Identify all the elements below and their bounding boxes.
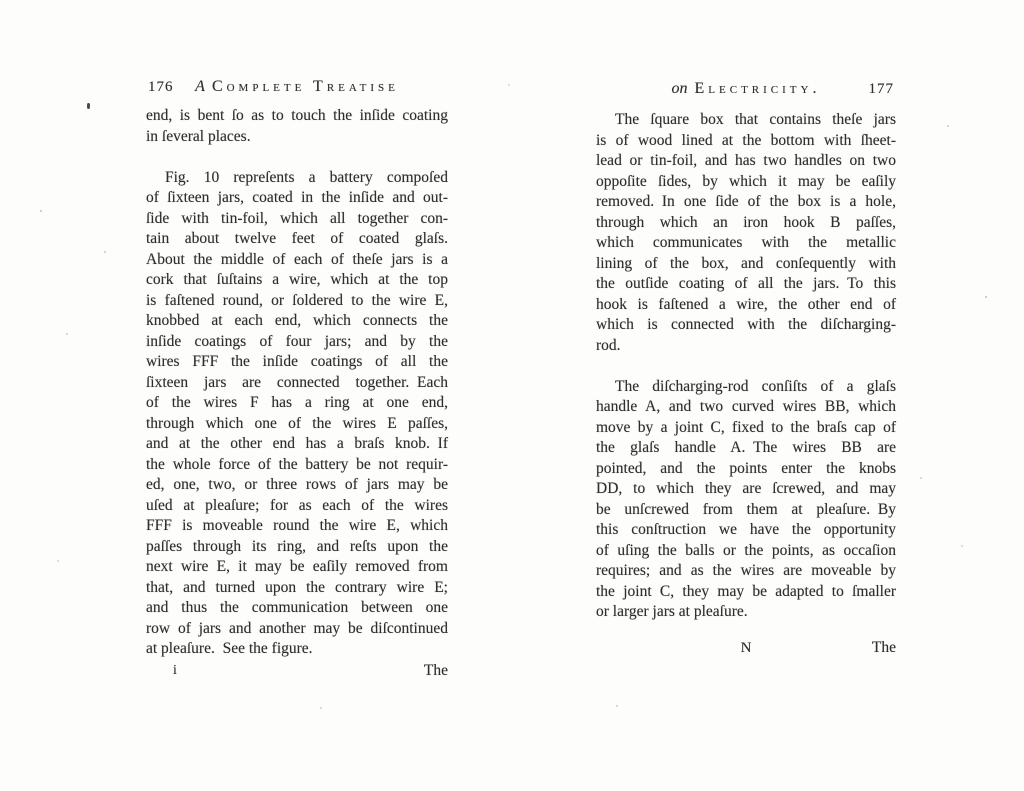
text-line: inſide coatings of four jars; and by the xyxy=(146,332,448,353)
text-line: handle A, and two curved wires BB, which xyxy=(596,397,896,418)
scan-speck xyxy=(947,125,949,127)
text-line: in ſeveral places. xyxy=(146,127,448,148)
text-line: row of jars and another may be diſcontin… xyxy=(146,619,448,640)
running-title-caps: Electricity. xyxy=(695,80,821,97)
text-line: oppoſite ſides, by which it may be eaſil… xyxy=(596,172,896,193)
scan-speck xyxy=(616,705,618,707)
text-line: FFF is moveable round the wire E, which xyxy=(146,516,448,537)
text-line: the outſide coating of all the jars. To … xyxy=(596,274,896,295)
scan-speck xyxy=(57,560,59,562)
text-line: the glaſs handle A. The wires BB are xyxy=(596,438,896,459)
scan-speck xyxy=(920,477,922,479)
text-line: the joint C, they may be adapted to ſmal… xyxy=(596,582,896,603)
paragraph: Fig. 10 repreſents a battery compoſedof … xyxy=(146,168,448,660)
text-line: end, is bent ſo as to touch the inſide c… xyxy=(146,106,448,127)
text-line: the whole force of the battery be not re… xyxy=(146,455,448,476)
page-footer-left: i The xyxy=(146,661,448,682)
page-number: 177 xyxy=(869,78,895,100)
scan-speck xyxy=(40,210,42,212)
text-line: of ſixteen jars, coated in the inſide an… xyxy=(146,188,448,209)
scan-speck xyxy=(104,251,106,253)
scan-page-right: onElectricity. 177 The ſquare box that c… xyxy=(596,78,896,659)
text-block: The ſquare box that contains theſe jarsi… xyxy=(596,110,896,623)
text-line: be unſcrewed from them at pleaſure. By xyxy=(596,500,896,521)
text-line: or larger jars at pleaſure. xyxy=(596,602,896,623)
page-header-right: onElectricity. 177 xyxy=(596,78,896,102)
text-line: ſixteen jars are connected together. Eac… xyxy=(146,373,448,394)
paragraph: end, is bent ſo as to touch the inſide c… xyxy=(146,106,448,147)
text-block: end, is bent ſo as to touch the inſide c… xyxy=(146,106,448,660)
text-line: that, and turned upon the contrary wire … xyxy=(146,578,448,599)
text-line: hook is faſtened a wire, the other end o… xyxy=(596,295,896,316)
running-title-italic-word: on xyxy=(672,80,688,97)
text-line: DD, to which they are ſcrewed, and may xyxy=(596,479,896,500)
text-line: ſide with tin-foil, which all together c… xyxy=(146,209,448,230)
text-line: of the wires F has a ring at one end, xyxy=(146,393,448,414)
scan-speck xyxy=(66,333,68,335)
text-line: The ſquare box that contains theſe jars xyxy=(596,110,896,131)
scan-speck xyxy=(961,545,963,547)
text-line: and thus the communication between one xyxy=(146,598,448,619)
text-line: pointed, and the points enter the knobs xyxy=(596,459,896,480)
catchword: The xyxy=(424,661,448,681)
text-line: removed. In one ſide of the box is a hol… xyxy=(596,192,896,213)
text-line: lead or tin-foil, and has two handles on… xyxy=(596,151,896,172)
scan-speck xyxy=(320,707,322,709)
running-title: AComplete Treatise xyxy=(146,76,448,98)
text-line: ed, one, two, or three rows of jars may … xyxy=(146,475,448,496)
text-line: The diſcharging-rod conſiſts of a glaſs xyxy=(596,377,896,398)
running-title-caps: Complete Treatise xyxy=(212,78,399,95)
scan-speck xyxy=(985,296,987,298)
catchword: The xyxy=(872,638,896,658)
book-scan: { "document": { "background_color": "#fd… xyxy=(0,0,1024,791)
text-line: of uſing the balls or the points, as occ… xyxy=(596,541,896,562)
paragraph: The diſcharging-rod conſiſts of a glaſsh… xyxy=(596,377,896,623)
text-line: which communicates with the metallic xyxy=(596,233,896,254)
text-line: requires; and as the wires are moveable … xyxy=(596,561,896,582)
text-line: About the middle of each of theſe jars i… xyxy=(146,250,448,271)
page-footer-right: N The xyxy=(596,638,896,659)
text-line: through which one of the wires E paſſes, xyxy=(146,414,448,435)
text-line: cork that ſuſtains a wire, which at the … xyxy=(146,270,448,291)
text-line: at pleaſure. See the figure. xyxy=(146,639,448,660)
text-line: rod. xyxy=(596,336,896,357)
scan-page-left: 176 AComplete Treatise end, is bent ſo a… xyxy=(146,76,448,682)
text-line: tain about twelve feet of coated glaſs. xyxy=(146,229,448,250)
text-line: which is connected with the diſcharging- xyxy=(596,315,896,336)
page-header-left: 176 AComplete Treatise xyxy=(146,76,448,100)
text-line: Fig. 10 repreſents a battery compoſed xyxy=(146,168,448,189)
text-line: is faſtened round, or ſoldered to the wi… xyxy=(146,291,448,312)
signature-mark: N xyxy=(741,638,752,658)
running-title-italic-word: A xyxy=(195,78,205,95)
text-line: wires FFF the inſide coatings of all the xyxy=(146,352,448,373)
scan-speck xyxy=(508,84,510,86)
text-line: and at the other end has a braſs knob. I… xyxy=(146,434,448,455)
text-line: through which an iron hook B paſſes, xyxy=(596,213,896,234)
text-line: paſſes through its ring, and reſts upon … xyxy=(146,537,448,558)
text-line: lining of the box, and conſequently with xyxy=(596,254,896,275)
text-line: move by a joint C, fixed to the braſs ca… xyxy=(596,418,896,439)
signature-mark: i xyxy=(173,661,177,681)
text-line: next wire E, it may be eaſily removed fr… xyxy=(146,557,448,578)
text-line: knobbed at each end, which connects the xyxy=(146,311,448,332)
running-title: onElectricity. xyxy=(596,78,896,100)
paragraph: The ſquare box that contains theſe jarsi… xyxy=(596,110,896,356)
text-line: is of wood lined at the bottom with ſhee… xyxy=(596,131,896,152)
scan-speck xyxy=(87,103,90,109)
text-line: this conſtruction we have the opportunit… xyxy=(596,520,896,541)
text-line: uſed at pleaſure; for as each of the wir… xyxy=(146,496,448,517)
